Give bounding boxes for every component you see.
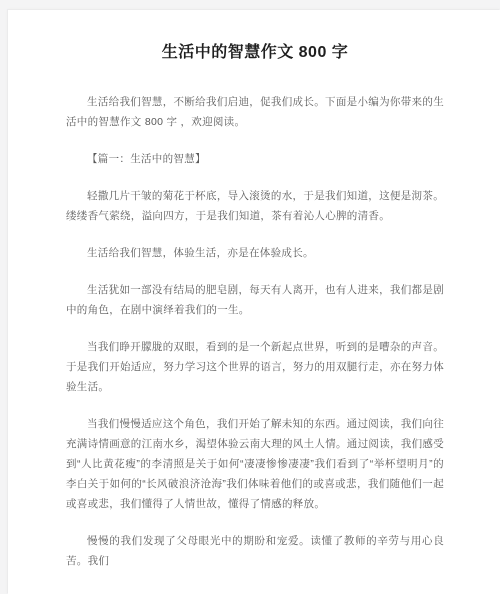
article-paragraph: 当我们慢慢适应这个角色，我们开始了解未知的东西。通过阅读，我们向往充满诗情画意的… bbox=[66, 414, 444, 514]
article-page: 生活中的智慧作文 800 字 生活给我们智慧，不断给我们启迪，促我们成长。下面是… bbox=[8, 10, 500, 594]
article-paragraph: 轻撒几片干皱的菊花于杯底，导入滚烫的水，于是我们知道，这便是沏茶。缕缕香气萦绕，… bbox=[66, 186, 444, 226]
article-paragraph: 生活给我们智慧，体验生活，亦是在体验成长。 bbox=[66, 243, 444, 263]
article-paragraph: 生活犹如一部没有结局的肥皂剧，每天有人离开，也有人进来，我们都是剧中的角色，在剧… bbox=[66, 280, 444, 320]
document-viewport: 生活中的智慧作文 800 字 生活给我们智慧，不断给我们启迪，促我们成长。下面是… bbox=[0, 0, 500, 594]
article-title: 生活中的智慧作文 800 字 bbox=[66, 42, 444, 64]
section-heading: 【篇一：生活中的智慧】 bbox=[66, 149, 444, 169]
article-paragraph: 生活给我们智慧，不断给我们启迪，促我们成长。下面是小编为你带来的生活中的智慧作文… bbox=[66, 92, 444, 132]
article-body: 生活给我们智慧，不断给我们启迪，促我们成长。下面是小编为你带来的生活中的智慧作文… bbox=[66, 92, 444, 571]
article-paragraph: 慢慢的我们发现了父母眼光中的期盼和宠爱。读懂了教师的辛劳与用心良苦。我们 bbox=[66, 531, 444, 571]
article-paragraph: 当我们睁开朦胧的双眼，看到的是一个新起点世界，听到的是嘈杂的声音。于是我们开始适… bbox=[66, 337, 444, 397]
